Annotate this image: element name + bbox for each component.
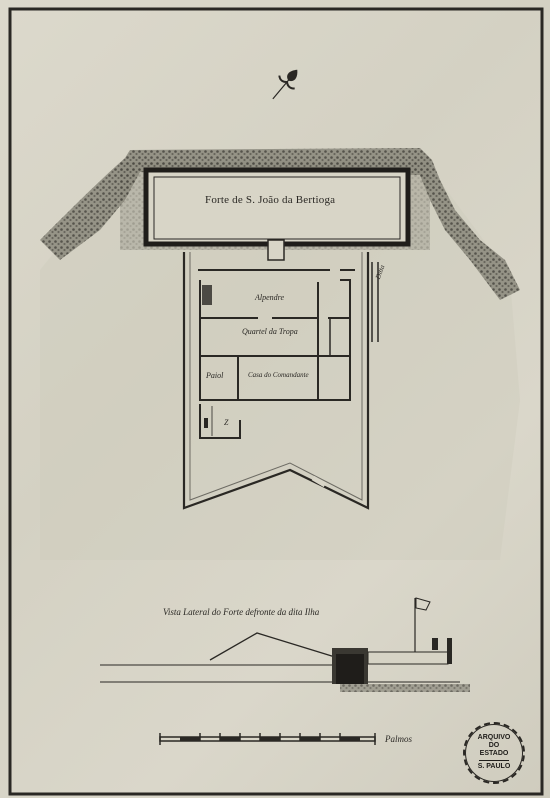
fort-plan-drawing (0, 0, 550, 798)
stamp-rule (479, 760, 509, 761)
room-label-casa: Casa do Comandante (248, 371, 309, 379)
compass-fleur-de-lis (265, 63, 305, 105)
stamp-line-2: DO (465, 742, 523, 750)
elevation-caption: Vista Lateral do Forte defronte da dita … (163, 607, 319, 617)
room-label-quartel: Quartel da Tropa (242, 327, 298, 336)
stamp-line-4: S. PAULO (465, 763, 523, 771)
stamp-line-1: ARQUIVO (465, 734, 523, 742)
fort-title-label: Forte de S. João da Bertioga (205, 194, 335, 206)
stamp-line-3: ESTADO (465, 750, 523, 758)
room-label-z: Z (224, 418, 228, 427)
scale-label: Palmos (385, 734, 412, 744)
room-label-paiol: Paiol (206, 371, 223, 380)
archive-stamp: ARQUIVO DO ESTADO S. PAULO (463, 722, 525, 784)
fort-main-rectangle (146, 170, 408, 244)
room-label-alpendre: Alpendre (255, 293, 284, 302)
